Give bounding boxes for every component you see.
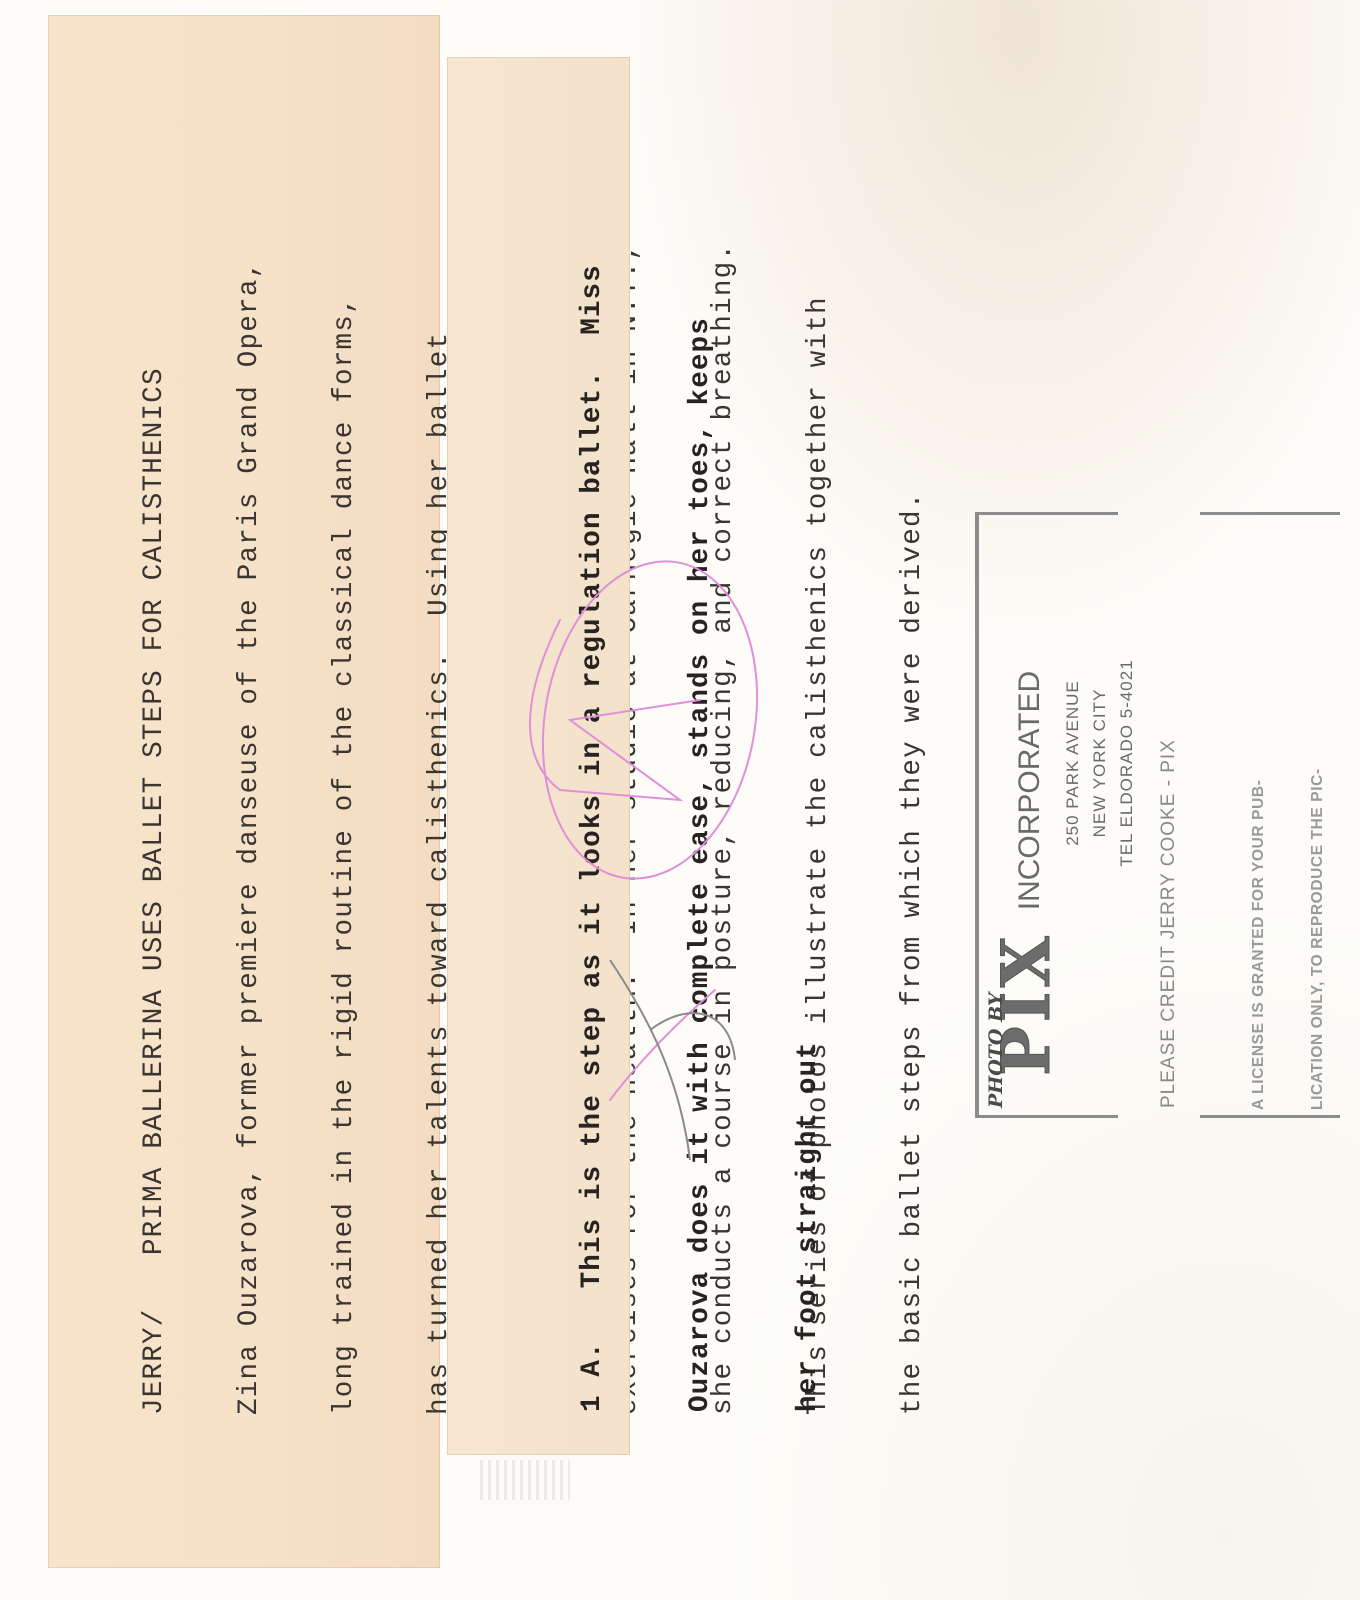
photo-credit-stamp: PHOTO BY PIX INCORPORATED 250 PARK AVENU… bbox=[985, 518, 1115, 1108]
agency-phone: TEL ELDORADO 5-4021 bbox=[1113, 518, 1140, 1008]
main-caption-clipping: JERRY/ PRIMA BALLERINA USES BALLET STEPS… bbox=[48, 15, 440, 1568]
caption-line: Ouzarova does it with complete ease, sta… bbox=[683, 92, 719, 1412]
caption-line: the basic ballet steps from which they w… bbox=[897, 45, 929, 1415]
license-stamp: A LICENSE IS GRANTED FOR YOUR PUB- LICAT… bbox=[1210, 510, 1360, 1110]
photo-by-label: PHOTO BY bbox=[985, 993, 1007, 1108]
step-caption-text: 1 A. This is the step as it looks in a r… bbox=[503, 92, 899, 1412]
agency-address-line2: NEW YORK CITY bbox=[1086, 518, 1113, 1008]
caption-line: her foot straight out bbox=[791, 92, 827, 1412]
caption-line: long trained in the rigid routine of the… bbox=[329, 45, 361, 1415]
agency-incorporated: INCORPORATED bbox=[1013, 671, 1047, 910]
caption-line: 1 A. This is the step as it looks in a r… bbox=[575, 92, 611, 1412]
photo-credit-line: PLEASE CREDIT JERRY COOKE - PIX bbox=[1158, 518, 1180, 1108]
tape-residue bbox=[480, 1460, 570, 1500]
step-caption-clipping: 1 A. This is the step as it looks in a r… bbox=[447, 57, 630, 1455]
caption-line: JERRY/ PRIMA BALLERINA USES BALLET STEPS… bbox=[139, 45, 171, 1415]
caption-line: Zina Ouzarova, former premiere danseuse … bbox=[234, 45, 266, 1415]
license-line: LICATION ONLY, TO REPRODUCE THE PIC- bbox=[1308, 510, 1328, 1110]
license-line: A LICENSE IS GRANTED FOR YOUR PUB- bbox=[1249, 510, 1269, 1110]
